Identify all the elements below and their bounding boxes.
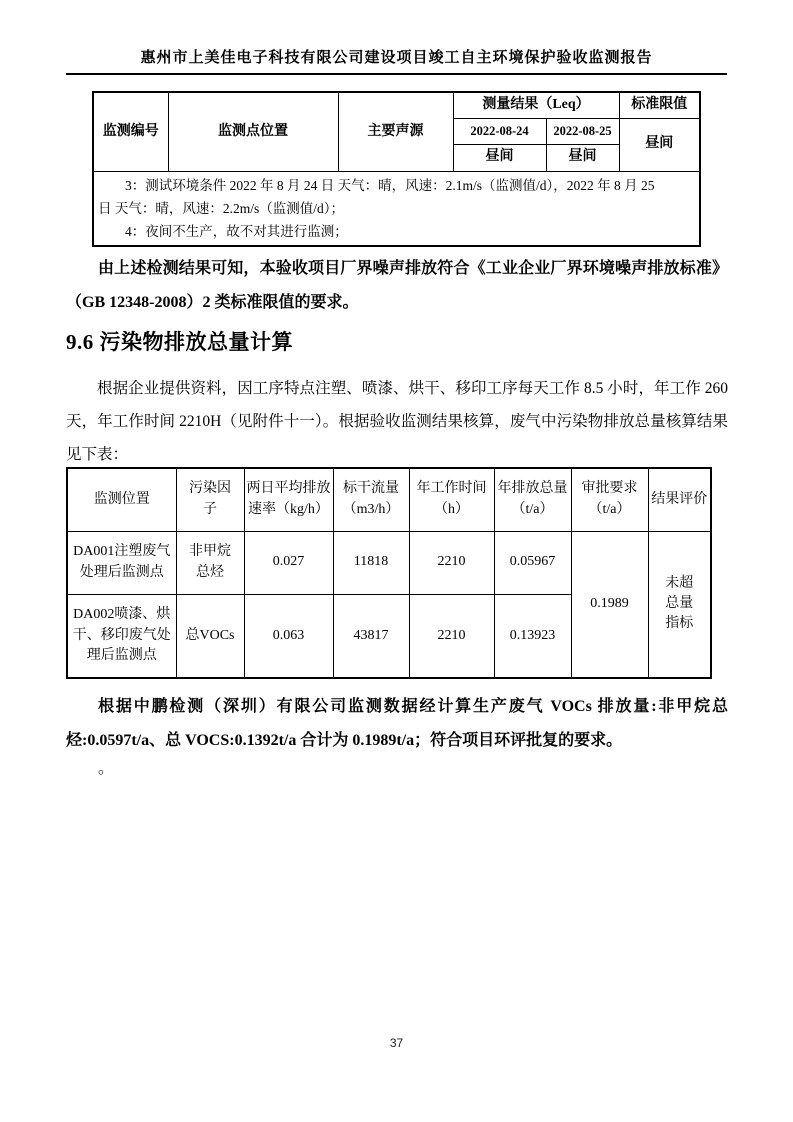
emission-da001-hours: 2210 <box>409 531 494 594</box>
total-conclusion-paragraph: 根据中鹏检测（深圳）有限公司监测数据经计算生产废气 VOCs 排放量:非甲烷总烃… <box>66 690 728 758</box>
noise-standard-daytime: 昼间 <box>619 118 700 171</box>
emission-col-evaluation: 结果评价 <box>648 468 711 531</box>
noise-col-result-leq: 测量结果（Leq） <box>453 92 619 118</box>
emission-col-hours: 年工作时间（h） <box>409 468 494 531</box>
emission-da002-factor: 总VOCs <box>176 594 244 678</box>
noise-table: 监测编号 监测点位置 主要声源 测量结果（Leq） 标准限值 2022-08-2… <box>92 91 701 247</box>
noise-daytime-1: 昼间 <box>453 144 546 171</box>
noise-table-notes: 3：测试环境条件 2022 年 8 月 24 日 天气：晴，风速：2.1m/s（… <box>93 171 700 246</box>
emission-col-flow: 标干流量（m3/h） <box>333 468 409 531</box>
emission-table: 监测位置 污染因子 两日平均排放速率（kg/h） 标干流量（m3/h） 年工作时… <box>66 467 712 679</box>
emission-da001-flow: 11818 <box>333 531 409 594</box>
emission-da002-rate: 0.063 <box>244 594 333 678</box>
noise-conclusion-paragraph: 由上述检测结果可知，本验收项目厂界噪声排放符合《工业企业厂界环境噪声排放标准》（… <box>66 252 728 320</box>
emission-approval-value: 0.1989 <box>571 531 648 678</box>
emission-da002-location: DA002喷漆、烘干、移印废气处理后监测点 <box>67 594 176 678</box>
emission-col-annual: 年排放总量（t/a） <box>494 468 571 531</box>
emission-col-rate: 两日平均排放速率（kg/h） <box>244 468 333 531</box>
emission-da001-factor: 非甲烷总烃 <box>176 531 244 594</box>
emission-col-location: 监测位置 <box>67 468 176 531</box>
note-line-1: 3：测试环境条件 2022 年 8 月 24 日 天气：晴，风速：2.1m/s（… <box>98 174 695 197</box>
page-number: 37 <box>0 1036 793 1050</box>
section-heading-9-6: 9.6 污染物排放总量计算 <box>66 326 293 356</box>
emission-row-da001: DA001注塑废气处理后监测点 非甲烷总烃 0.027 11818 2210 0… <box>67 531 711 594</box>
noise-col-main-source: 主要声源 <box>338 92 453 171</box>
emission-evaluation-label: 未超总量指标 <box>664 574 695 635</box>
noise-daytime-2: 昼间 <box>546 144 619 171</box>
emission-col-factor-label: 污染因子 <box>188 479 231 520</box>
emission-da002-hours: 2210 <box>409 594 494 678</box>
total-intro-paragraph: 根据企业提供资料，因工序特点注塑、喷漆、烘干、移印工序每天工作 8.5 小时，年… <box>66 372 728 471</box>
emission-da001-annual: 0.05967 <box>494 531 571 594</box>
noise-col-monitor-no: 监测编号 <box>93 92 168 171</box>
noise-date-2: 2022-08-25 <box>546 118 619 144</box>
report-page: 惠州市上美佳电子科技有限公司建设项目竣工自主环境保护验收监测报告 监测编号 监测… <box>0 0 793 1122</box>
note-line-3: 4：夜间不生产，故不对其进行监测； <box>98 220 695 243</box>
header-divider <box>66 73 727 75</box>
emission-evaluation-value: 未超总量指标 <box>648 531 711 678</box>
stray-period: 。 <box>66 755 114 778</box>
emission-da001-location: DA001注塑废气处理后监测点 <box>67 531 176 594</box>
emission-da002-flow: 43817 <box>333 594 409 678</box>
emission-da002-annual: 0.13923 <box>494 594 571 678</box>
emission-da001-rate: 0.027 <box>244 531 333 594</box>
emission-col-factor: 污染因子 <box>176 468 244 531</box>
page-header-title: 惠州市上美佳电子科技有限公司建设项目竣工自主环境保护验收监测报告 <box>0 46 793 67</box>
note-line-2: 日 天气：晴，风速：2.2m/s（监测值/d）； <box>98 197 695 220</box>
noise-col-standard-limit: 标准限值 <box>619 92 700 118</box>
noise-col-monitor-location: 监测点位置 <box>168 92 338 171</box>
noise-date-1: 2022-08-24 <box>453 118 546 144</box>
emission-da001-factor-label: 非甲烷总烃 <box>188 542 231 583</box>
emission-col-approval: 审批要求（t/a） <box>571 468 648 531</box>
